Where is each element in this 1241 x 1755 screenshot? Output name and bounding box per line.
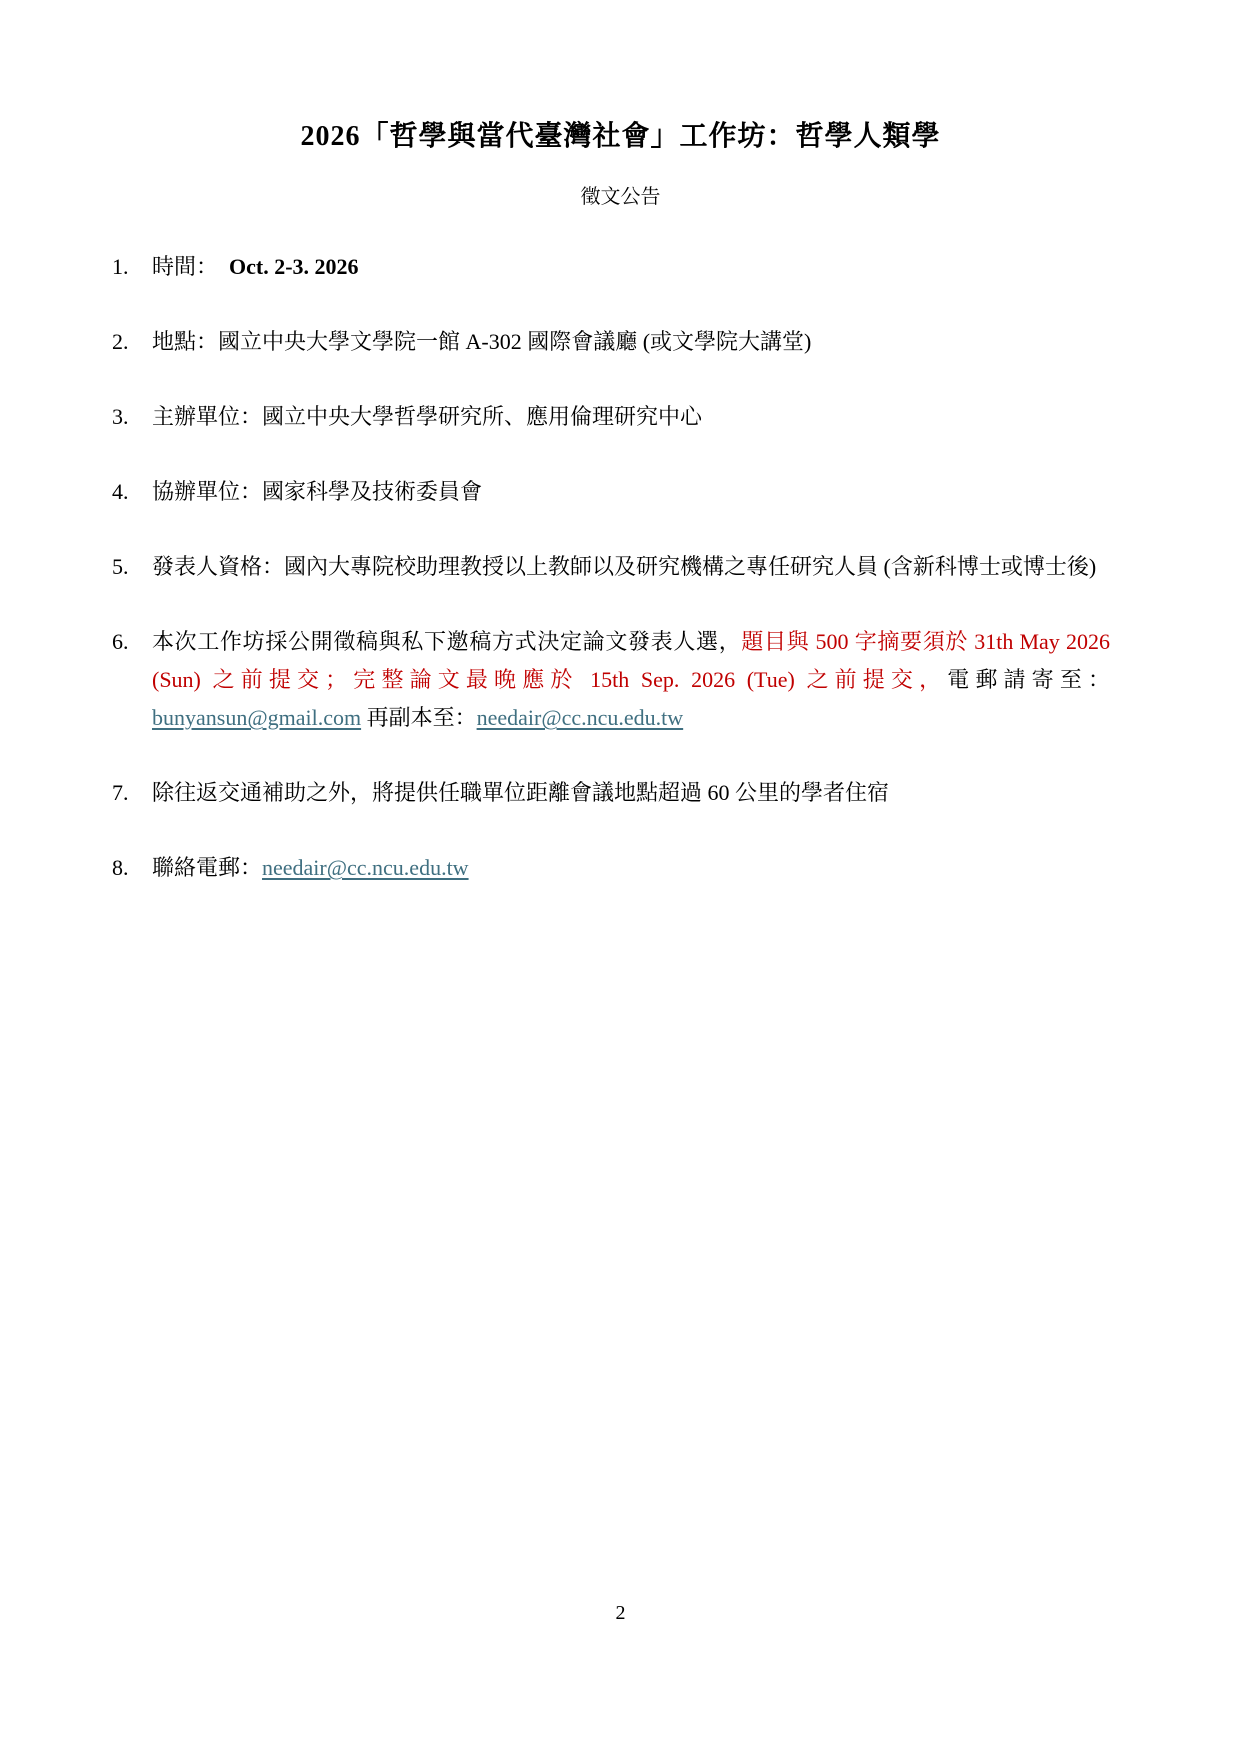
text-segment: 聯絡電郵： <box>152 855 262 880</box>
text-segment: 本次工作坊採公開徵稿與私下邀稿方式決定論文發表人選， <box>152 629 741 654</box>
text-segment: 主辦單位：國立中央大學哲學研究所、應用倫理研究中心 <box>152 404 702 429</box>
item-number: 8. <box>112 849 152 887</box>
list-item: 8.聯絡電郵：needair@cc.ncu.edu.tw <box>112 849 1241 887</box>
email-link[interactable]: needair@cc.ncu.edu.tw <box>262 855 469 880</box>
text-segment: 協辦單位：國家科學及技術委員會 <box>152 479 482 504</box>
item-number: 6. <box>112 623 152 737</box>
item-text: 協辦單位：國家科學及技術委員會 <box>152 473 1110 511</box>
item-number: 2. <box>112 323 152 361</box>
item-number: 1. <box>112 248 152 286</box>
email-link[interactable]: needair@cc.ncu.edu.tw <box>477 705 684 730</box>
item-text: 本次工作坊採公開徵稿與私下邀稿方式決定論文發表人選，題目與 500 字摘要須於 … <box>152 623 1110 737</box>
text-segment: 時間： <box>152 254 229 279</box>
list-item: 3.主辦單位：國立中央大學哲學研究所、應用倫理研究中心 <box>112 398 1241 436</box>
item-text: 除往返交通補助之外，將提供任職單位距離會議地點超過 60 公里的學者住宿 <box>152 774 1110 812</box>
page-title: 2026「哲學與當代臺灣社會」工作坊：哲學人類學 <box>0 0 1241 156</box>
document-page: 2026「哲學與當代臺灣社會」工作坊：哲學人類學 徵文公告 1.時間： Oct.… <box>0 0 1241 1755</box>
page-subtitle: 徵文公告 <box>0 182 1241 212</box>
text-segment: 發表人資格：國內大專院校助理教授以上教師以及研究機構之專任研究人員 (含新科博士… <box>152 554 1096 579</box>
list-item: 5.發表人資格：國內大專院校助理教授以上教師以及研究機構之專任研究人員 (含新科… <box>112 548 1241 586</box>
page-number: 2 <box>0 1598 1241 1628</box>
text-segment: 除往返交通補助之外，將提供任職單位距離會議地點超過 60 公里的學者住宿 <box>152 780 889 805</box>
list-item: 7.除往返交通補助之外，將提供任職單位距離會議地點超過 60 公里的學者住宿 <box>112 774 1241 812</box>
text-segment: Oct. 2-3. 2026 <box>229 254 359 279</box>
email-link[interactable]: bunyansun@gmail.com <box>152 705 361 730</box>
item-text: 時間： Oct. 2-3. 2026 <box>152 248 1110 286</box>
item-text: 聯絡電郵：needair@cc.ncu.edu.tw <box>152 849 1110 887</box>
item-number: 5. <box>112 548 152 586</box>
list-item: 1.時間： Oct. 2-3. 2026 <box>112 248 1241 286</box>
text-segment: 地點：國立中央大學文學院一館 A-302 國際會議廳 (或文學院大講堂) <box>152 329 811 354</box>
list-item: 4.協辦單位：國家科學及技術委員會 <box>112 473 1241 511</box>
text-segment: 再副本至： <box>361 705 477 730</box>
item-number: 7. <box>112 774 152 812</box>
announcement-list: 1.時間： Oct. 2-3. 20262.地點：國立中央大學文學院一館 A-3… <box>0 248 1241 887</box>
item-text: 地點：國立中央大學文學院一館 A-302 國際會議廳 (或文學院大講堂) <box>152 323 1110 361</box>
item-text: 發表人資格：國內大專院校助理教授以上教師以及研究機構之專任研究人員 (含新科博士… <box>152 548 1110 586</box>
list-item: 2.地點：國立中央大學文學院一館 A-302 國際會議廳 (或文學院大講堂) <box>112 323 1241 361</box>
text-segment: 電郵請寄至： <box>947 667 1110 692</box>
item-number: 4. <box>112 473 152 511</box>
list-item: 6.本次工作坊採公開徵稿與私下邀稿方式決定論文發表人選，題目與 500 字摘要須… <box>112 623 1241 737</box>
item-number: 3. <box>112 398 152 436</box>
item-text: 主辦單位：國立中央大學哲學研究所、應用倫理研究中心 <box>152 398 1110 436</box>
